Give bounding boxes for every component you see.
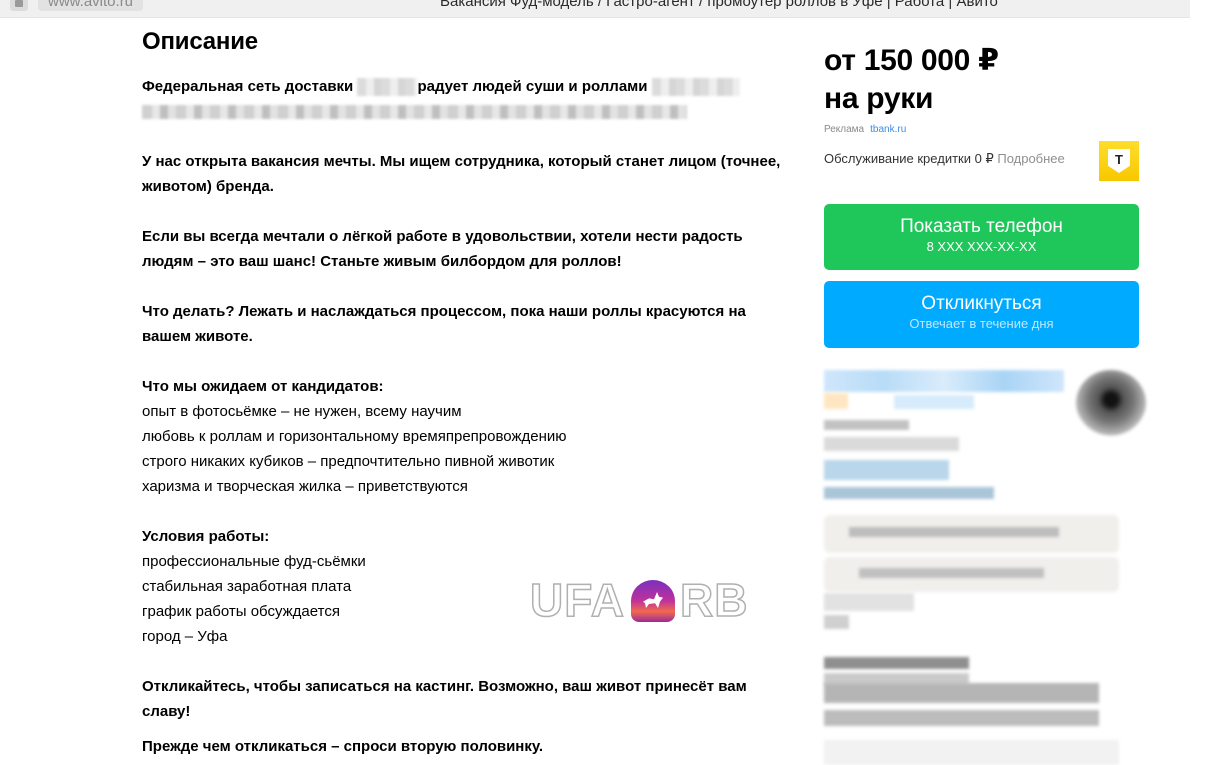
requirements-title: Что мы ожидаем от кандидатов:	[142, 374, 792, 399]
ad-more-link[interactable]: Подробнее	[997, 151, 1064, 166]
salary-note: на руки	[824, 80, 1139, 118]
intro-paragraph: Федеральная сеть доставки радует людей с…	[142, 74, 792, 99]
masked-phone: 8 XXX XXX-XX-XX	[824, 238, 1139, 256]
salary: от 150 000 ₽ на руки	[824, 42, 1139, 118]
paragraph-2: Если вы всегда мечтали о лёгкой работе в…	[142, 224, 792, 274]
closing-paragraph: Откликайтесь, чтобы записаться на кастин…	[142, 674, 772, 724]
requirement-item: любовь к роллам и горизонтальному времяп…	[142, 424, 792, 449]
response-time: Отвечает в течение дня	[824, 315, 1139, 333]
redacted-brand	[357, 78, 417, 96]
ad-label: Реклама	[824, 124, 864, 135]
url-field[interactable]: www.avito.ru	[38, 0, 143, 11]
conditions-title: Условия работы:	[142, 524, 792, 549]
watermark-text-left: UFA	[530, 575, 625, 625]
ad-label-line: Рекламаtbank.ru	[824, 124, 1139, 135]
redacted-text	[652, 78, 740, 96]
seller-avatar	[1076, 370, 1146, 436]
salary-amount: от 150 000 ₽	[824, 42, 1139, 80]
requirement-item: опыт в фотосьёмке – не нужен, всему науч…	[142, 399, 792, 424]
ad-text: Обслуживание кредитки 0 ₽ Подробнее	[824, 151, 1065, 167]
intro-text-after: радует людей суши и роллами	[417, 78, 647, 95]
seller-card-redacted	[824, 365, 1144, 765]
ufarb-watermark: UFA RB	[530, 575, 760, 625]
lock-icon	[10, 0, 28, 11]
tbank-logo-icon: T	[1099, 141, 1139, 181]
description-section: Описание Федеральная сеть доставки радуе…	[142, 28, 792, 759]
show-phone-label: Показать телефон	[824, 216, 1139, 238]
page-tab-title: Вакансия Фуд-модель / Гастро-агент / про…	[440, 0, 998, 11]
paragraph-1: У нас открыта вакансия мечты. Мы ищем со…	[142, 149, 792, 199]
respond-label: Откликнуться	[824, 293, 1139, 315]
requirement-item: строго никаких кубиков – предпочтительно…	[142, 449, 792, 474]
browser-address-bar: www.avito.ru Вакансия Фуд-модель / Гастр…	[0, 0, 1190, 18]
closing-note: Прежде чем откликаться – спроси вторую п…	[142, 734, 792, 759]
intro-redacted-line	[142, 99, 792, 124]
watermark-text-right: RB	[680, 575, 748, 625]
condition-item: профессиональные фуд-сьёмки	[142, 549, 792, 574]
redacted-text	[142, 105, 687, 119]
requirement-item: харизма и творческая жилка – приветствую…	[142, 474, 792, 499]
respond-button[interactable]: Откликнуться Отвечает в течение дня	[824, 281, 1139, 348]
ad-domain-link[interactable]: tbank.ru	[870, 124, 906, 135]
horse-rider-logo-icon	[631, 580, 675, 622]
ad-banner[interactable]: Обслуживание кредитки 0 ₽ Подробнее T	[824, 141, 1139, 181]
paragraph-3: Что делать? Лежать и наслаждаться процес…	[142, 299, 792, 349]
intro-text-before: Федеральная сеть доставки	[142, 78, 353, 95]
condition-item: город – Уфа	[142, 624, 792, 649]
description-heading: Описание	[142, 28, 792, 56]
show-phone-button[interactable]: Показать телефон 8 XXX XXX-XX-XX	[824, 204, 1139, 270]
sidebar: от 150 000 ₽ на руки Рекламаtbank.ru Обс…	[824, 42, 1139, 348]
